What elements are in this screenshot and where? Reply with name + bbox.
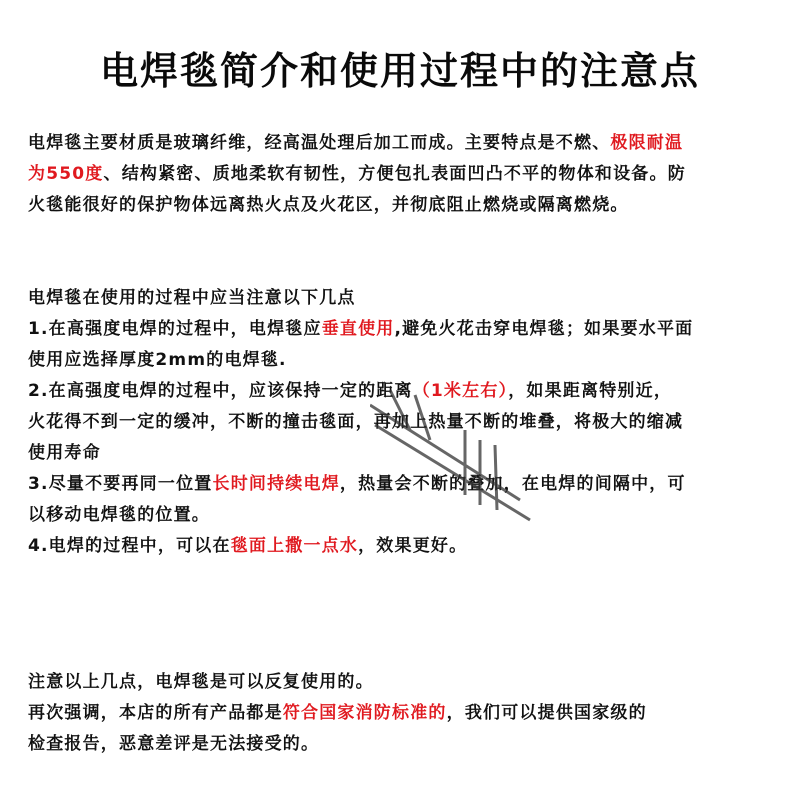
highlight-text: 极限耐温 [610,133,683,153]
highlight-text: （1米左右） [413,381,509,401]
body-text: 使用应选择厚度2mm的电焊毯. [28,350,287,370]
text-line: 使用应选择厚度2mm的电焊毯. [28,345,778,376]
body-text: 以移动电焊毯的位置。 [28,505,210,525]
highlight-text: 长时间持续电焊 [213,474,340,494]
body-text: 火花得不到一定的缓冲，不断的撞击毯面，再加上热量不断的堆叠，将极大的缩减 [28,412,683,432]
notes-list: 1.在高强度电焊的过程中，电焊毯应垂直使用,避免火花击穿电焊毯；如果要水平面使用… [28,314,778,562]
notes-section: 电焊毯在使用的过程中应当注意以下几点 1.在高强度电焊的过程中，电焊毯应垂直使用… [28,283,778,562]
body-text: 4.电焊的过程中，可以在 [28,536,231,556]
text-line: 检查报告，恶意差评是无法接受的。 [28,729,778,760]
highlight-text: 符合国家消防标准的 [283,703,447,723]
text-line: 3.尽量不要再同一位置长时间持续电焊，热量会不断的叠加，在电焊的间隔中，可 [28,469,778,500]
highlight-text: 垂直使用 [322,319,395,339]
body-text: ,避免火花击穿电焊毯；如果要水平面 [395,319,694,339]
highlight-text: 为550度 [28,164,104,184]
body-text: ，我们可以提供国家级的 [447,703,647,723]
body-text: 再次强调，本店的所有产品都是 [28,703,283,723]
text-line: 注意以上几点，电焊毯是可以反复使用的。 [28,667,778,698]
body-text: 使用寿命 [28,443,101,463]
closing-paragraph: 注意以上几点，电焊毯是可以反复使用的。再次强调，本店的所有产品都是符合国家消防标… [28,667,778,760]
text-line: 使用寿命 [28,438,778,469]
body-text: 、结构紧密、质地柔软有韧性，方便包扎表面凹凸不平的物体和设备。防 [104,164,686,184]
text-line: 火毯能很好的保护物体远离热火点及火花区，并彻底阻止燃烧或隔离燃烧。 [28,190,778,221]
text-line: 再次强调，本店的所有产品都是符合国家消防标准的，我们可以提供国家级的 [28,698,778,729]
text-line: 以移动电焊毯的位置。 [28,500,778,531]
intro-paragraph: 电焊毯主要材质是玻璃纤维，经高温处理后加工而成。主要特点是不燃、极限耐温为550… [28,128,778,221]
text-line: 1.在高强度电焊的过程中，电焊毯应垂直使用,避免火花击穿电焊毯；如果要水平面 [28,314,778,345]
body-text: 火毯能很好的保护物体远离热火点及火花区，并彻底阻止燃烧或隔离燃烧。 [28,195,629,215]
text-line: 4.电焊的过程中，可以在毯面上撒一点水，效果更好。 [28,531,778,562]
highlight-text: 毯面上撒一点水 [231,536,358,556]
body-text: 2.在高强度电焊的过程中，应该保持一定的距离 [28,381,413,401]
text-line: 火花得不到一定的缓冲，不断的撞击毯面，再加上热量不断的堆叠，将极大的缩减 [28,407,778,438]
body-text: 1.在高强度电焊的过程中，电焊毯应 [28,319,322,339]
body-text: 注意以上几点，电焊毯是可以反复使用的。 [28,672,374,692]
body-text: ，如果距离特别近， [508,381,672,401]
body-text: 检查报告，恶意差评是无法接受的。 [28,734,319,754]
body-text: ，热量会不断的叠加，在电焊的间隔中，可 [340,474,686,494]
body-text: 电焊毯主要材质是玻璃纤维，经高温处理后加工而成。主要特点是不燃、 [28,133,610,153]
text-line: 为550度、结构紧密、质地柔软有韧性，方便包扎表面凹凸不平的物体和设备。防 [28,159,778,190]
page-title: 电焊毯简介和使用过程中的注意点 [0,40,800,95]
notes-heading: 电焊毯在使用的过程中应当注意以下几点 [28,283,778,314]
body-text: 3.尽量不要再同一位置 [28,474,213,494]
text-line: 电焊毯主要材质是玻璃纤维，经高温处理后加工而成。主要特点是不燃、极限耐温 [28,128,778,159]
text-line: 2.在高强度电焊的过程中，应该保持一定的距离（1米左右），如果距离特别近， [28,376,778,407]
body-text: ，效果更好。 [358,536,467,556]
